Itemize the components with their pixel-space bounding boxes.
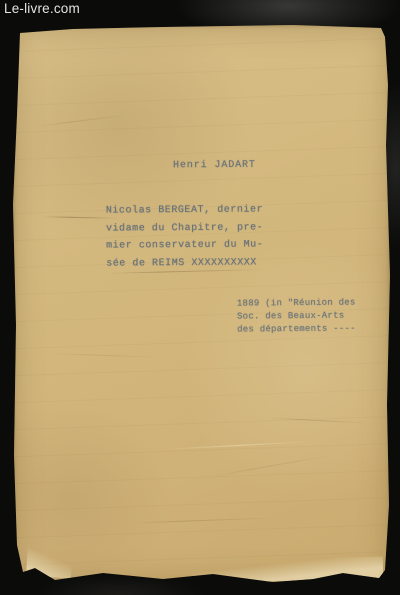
crease-line [133, 518, 273, 524]
crease-line [268, 417, 368, 423]
annotation-block: 1889 (in "Réunion des Soc. des Beaux-Art… [237, 296, 356, 337]
annotation-line: 1889 (in "Réunion des [237, 296, 356, 310]
torn-edge-highlight [193, 557, 384, 584]
title-line: sée de REIMS XXXXXXXXXX [106, 255, 263, 274]
annotation-line: Soc. des Beaux-Arts [237, 310, 356, 324]
title-line: Nicolas BERGEAT, dernier [106, 201, 263, 220]
book-cover: Henri JADART Nicolas BERGEAT, dernier vi… [13, 25, 390, 583]
seller-watermark: Le-livre.com [4, 1, 80, 16]
author-name: Henri JADART [173, 160, 256, 171]
crease-line [163, 441, 313, 450]
crease-line [38, 115, 127, 127]
title-block: Nicolas BERGEAT, dernier vidame du Chapi… [106, 201, 264, 273]
title-line: vidame du Chapitre, pre- [106, 219, 263, 238]
photo-background: Le-livre.com Henri JADART Nicolas BERGEA… [0, 0, 400, 595]
torn-corner-highlight [26, 543, 73, 578]
title-line: mier conservateur du Mu- [106, 237, 263, 256]
crease-line [214, 455, 332, 477]
annotation-line: des départements ---- [237, 323, 356, 337]
crease-line [53, 353, 163, 358]
